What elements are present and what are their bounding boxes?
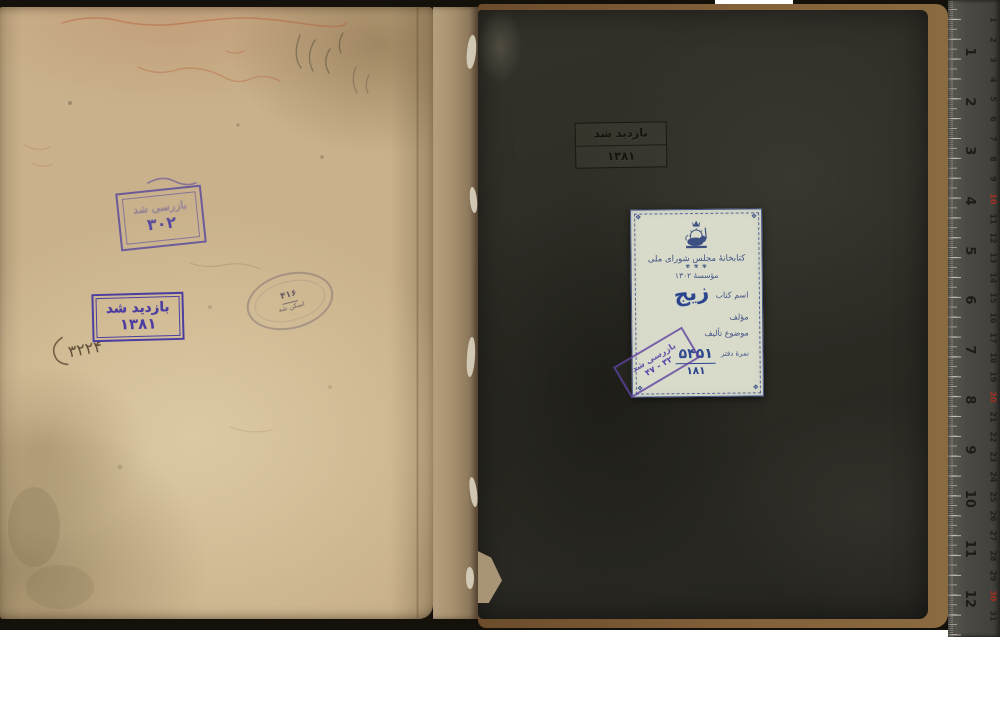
subject-label: موضوع تألیف [646,328,749,338]
ruler-cm-number: 30 [983,589,1000,602]
ruler-cm-number: 17 [983,331,1000,344]
faded-handwriting-scribbles [0,7,433,619]
register-label: نمرهٔ دفتر [721,345,749,357]
register-sub-number: ۱۸۱ [686,365,705,377]
ruler-cm-number: 5 [983,93,1000,106]
library-bookplate: ❖ ❖ ❖ ❖ [630,208,764,397]
ruler-cm-number: 2 [983,33,1000,46]
handwritten-number-digits: ۳۲۲۴ [66,336,103,361]
embossed-inspection-stamp: بازدید شد ۱۳۸۱ [575,121,668,169]
ruler-cm-number: 18 [983,351,1000,364]
ruler-cm-number: 14 [983,272,1000,285]
ruler-cm-number: 22 [983,430,1000,443]
visit-stamp-year: ۱۳۸۱ [120,316,157,334]
ruler-cm-number: 23 [983,450,1000,463]
torn-paper-bit [469,187,478,214]
book-name-handwritten: زیج [672,279,710,308]
ruler-cm-number: 11 [983,212,1000,225]
ruler-cm-number: 25 [983,490,1000,503]
ruler-cm-number: 26 [983,510,1000,523]
torn-paper-bit [466,567,474,589]
ruler-cm-number: 21 [983,411,1000,424]
ruler-cm-number: 4 [983,73,1000,86]
ruler-cm-scale: 1234567891011121314151617181920212223242… [986,10,999,626]
book-back-cover: بازدید شد ۱۳۸۱ ❖ ❖ ❖ ❖ [478,10,928,619]
inspection-stamp: بازرسی شد ۳۰۲ [115,185,207,252]
torn-paper-bit [466,337,477,377]
ruler-cm-number: 27 [983,530,1000,543]
ruler-cm-number: 7 [983,133,1000,146]
title-ornament: ✾ ✾ ✾ [685,264,707,270]
book-cover-edges: بازدید شد ۱۳۸۱ ❖ ❖ ❖ ❖ [478,4,948,628]
torn-paper-bit [465,35,478,70]
book-spine-edge [433,7,478,619]
worn-notch [478,549,502,603]
ruler-cm-number: 3 [983,53,1000,66]
manuscript-left-page: بازرسی شد ۳۰۲ ۴۱۶ اسکن شد بازدید شد ۱۳۸۱… [0,7,433,619]
embossed-stamp-year: ۱۳۸۱ [576,145,666,168]
ruler-cm-number: 13 [983,252,1000,265]
ruler-cm-number: 6 [983,113,1000,126]
oval-seal-inner-ring [250,273,330,329]
ruler-cm-number: 1 [983,13,1000,26]
manuscript-scan-photo: بازرسی شد ۳۰۲ ۴۱۶ اسکن شد بازدید شد ۱۳۸۱… [0,0,1000,707]
author-label: مؤلف [646,312,749,322]
book-name-label: اسم کتاب [715,290,748,299]
ruler-cm-number: 20 [983,391,1000,404]
ruler-cm-number: 28 [983,550,1000,563]
ruler-cm-number: 15 [983,291,1000,304]
ruler-cm-number: 12 [983,232,1000,245]
library-title: کتابخانهٔ مجلس شورای ملی [648,253,746,264]
ruler-cm-number: 19 [983,371,1000,384]
worn-corner-patch [478,10,522,84]
oval-library-seal: ۴۱۶ اسکن شد [241,263,340,339]
handwritten-shelf-number: ۳۲۲۴ [47,329,104,372]
lion-sun-emblem [677,216,715,252]
ruler-cm-number: 8 [983,152,1000,165]
scan-edge-gap [715,0,793,4]
ruler-cm-number: 29 [983,569,1000,582]
ruler-cm-number: 9 [983,172,1000,185]
inspection-stamp-number: ۳۰۲ [146,214,177,235]
embossed-stamp-text: بازدید شد [576,122,666,146]
ruler-cm-number: 16 [983,311,1000,324]
library-subtitle: مؤسسهٔ ۱۳۰۲ [675,271,718,280]
visit-date-stamp: بازدید شد ۱۳۸۱ [91,292,184,342]
ruler-cm-number: 24 [983,470,1000,483]
page-fold-crease [416,7,419,619]
ruler-inch-scale: 123456789101112 [960,27,978,623]
measuring-ruler: 123456789101112 123456789101112131415161… [948,0,1000,637]
ruler-cm-number: 31 [983,609,1000,622]
ruler-cm-number: 10 [983,192,1000,205]
